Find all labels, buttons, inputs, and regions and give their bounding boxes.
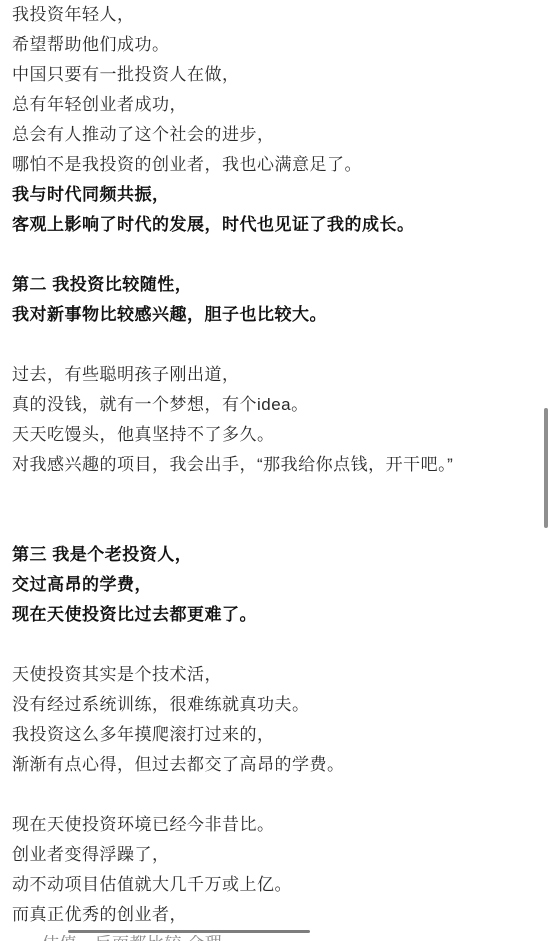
text-line: 创业者变得浮躁了， [12, 840, 510, 870]
paragraph: 第三 我是个老投资人，交过高昂的学费，现在天使投资比过去都更难了。 [12, 540, 510, 630]
article-body: 我投资年轻人，希望帮助他们成功。中国只要有一批投资人在做，总有年轻创业者成功，总… [12, 0, 510, 930]
text-line: 总有年轻创业者成功， [12, 90, 510, 120]
text-line: 我与时代同频共振， [12, 180, 510, 210]
text-line: 过去，有些聪明孩子刚出道， [12, 360, 510, 390]
paragraph: 现在天使投资环境已经今非昔比。创业者变得浮躁了，动不动项目估值就大几千万或上亿。… [12, 810, 510, 930]
text-line: 中国只要有一批投资人在做， [12, 60, 510, 90]
text-line: 天天吃馒头，他真坚持不了多久。 [12, 420, 510, 450]
text-line: 哪怕不是我投资的创业者，我也心满意足了。 [12, 150, 510, 180]
text-line: 真的没钱，就有一个梦想，有个idea。 [12, 390, 510, 420]
text-line: 我投资这么多年摸爬滚打过来的， [12, 720, 510, 750]
clipped-bottom-text-line: 估值，反而都比较 合理。 [42, 935, 510, 941]
text-line: 没有经过系统训练，很难练就真功夫。 [12, 690, 510, 720]
article-page: 我投资年轻人，希望帮助他们成功。中国只要有一批投资人在做，总有年轻创业者成功，总… [0, 0, 550, 941]
text-line: 总会有人推动了这个社会的进步， [12, 120, 510, 150]
paragraph: 天使投资其实是个技术活，没有经过系统训练，很难练就真功夫。我投资这么多年摸爬滚打… [12, 660, 510, 780]
text-line: 而真正优秀的创业者， [12, 900, 510, 930]
text-line: 现在天使投资比过去都更难了。 [12, 600, 510, 630]
text-line: 第二 我投资比较随性， [12, 270, 510, 300]
text-line: 我投资年轻人， [12, 0, 510, 30]
text-line: 现在天使投资环境已经今非昔比。 [12, 810, 510, 840]
text-line: 客观上影响了时代的发展，时代也见证了我的成长。 [12, 210, 510, 240]
paragraph: 我投资年轻人，希望帮助他们成功。中国只要有一批投资人在做，总有年轻创业者成功，总… [12, 0, 510, 240]
text-line: 交过高昂的学费， [12, 570, 510, 600]
text-line: 动不动项目估值就大几千万或上亿。 [12, 870, 510, 900]
paragraph: 第二 我投资比较随性，我对新事物比较感兴趣，胆子也比较大。 [12, 270, 510, 330]
text-line: 天使投资其实是个技术活， [12, 660, 510, 690]
text-line: 对我感兴趣的项目，我会出手，“那我给你点钱，开干吧。” [12, 450, 510, 480]
text-line: 希望帮助他们成功。 [12, 30, 510, 60]
scrollbar-thumb[interactable] [544, 408, 548, 528]
paragraph: 过去，有些聪明孩子刚出道，真的没钱，就有一个梦想，有个idea。天天吃馒头，他真… [12, 360, 510, 480]
text-divider [68, 930, 310, 933]
text-line: 第三 我是个老投资人， [12, 540, 510, 570]
text-line: 渐渐有点心得，但过去都交了高昂的学费。 [12, 750, 510, 780]
text-line: 我对新事物比较感兴趣，胆子也比较大。 [12, 300, 510, 330]
